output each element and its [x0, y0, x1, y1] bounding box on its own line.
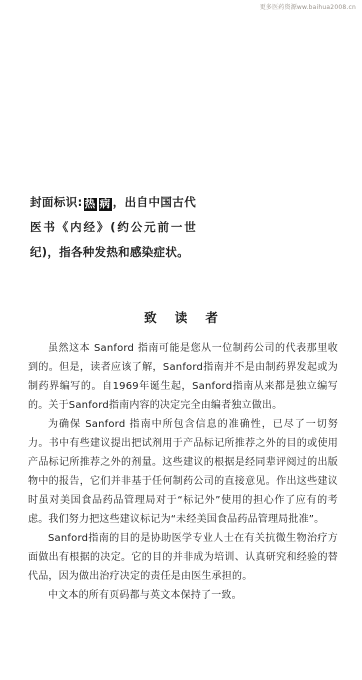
scanned-book-page: 更多医药资源ww.baihua2008.cn 封面标识:热病，出自中国古代医书《… — [0, 0, 362, 680]
cover-mark-label: 封面标识: — [30, 195, 83, 209]
paragraph-page-numbers: 中文本的所有页码都与英文本保持了一致。 — [28, 586, 338, 605]
section-title-to-readers: 致 读 者 — [0, 308, 362, 326]
fever-character-badge: 热 — [84, 198, 97, 211]
cover-mark-note: 封面标识:热病，出自中国古代医书《内经》(约公元前一世纪)，指各种发热和感染症状… — [30, 190, 196, 265]
paragraph-accuracy-offlabel: 为确保 Sanford 指南中所包含信息的准确性，已尽了一切努力。书中有些建议提… — [28, 415, 338, 529]
reader-notice-body: 虽然这本 Sanford 指南可能是您从一位制药公司的代表那里收到的。但是，读者… — [28, 339, 338, 605]
paragraph-purpose: Sanford指南的目的是协助医学专业人士在有关抗微生物治疗方面做出有根据的决定… — [28, 529, 338, 586]
watermark-url: 更多医药资源ww.baihua2008.cn — [260, 4, 356, 12]
paragraph-independence: 虽然这本 Sanford 指南可能是您从一位制药公司的代表那里收到的。但是，读者… — [28, 339, 338, 415]
disease-character-badge: 病 — [99, 198, 112, 211]
